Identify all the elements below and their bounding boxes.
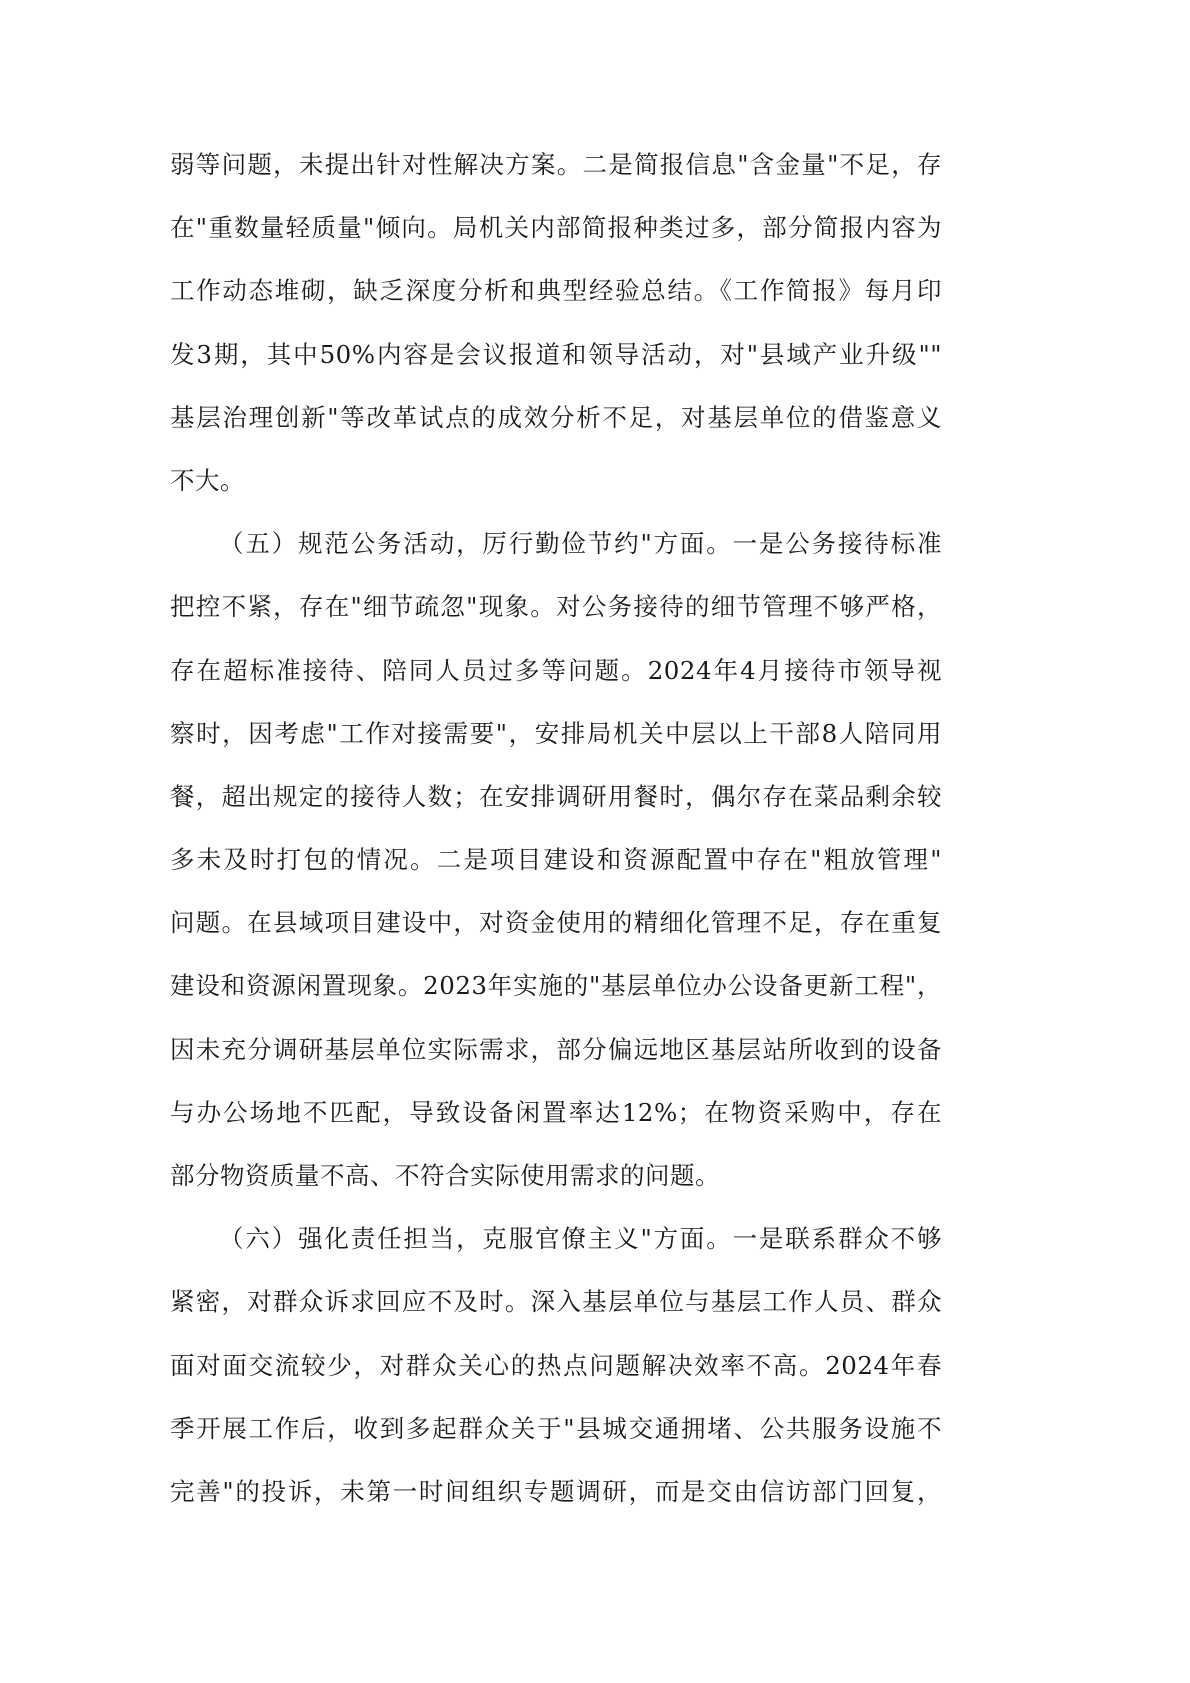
section-heading-line: （五）规范公务活动，厉行勤俭节约"方面。一是公务接待标准: [170, 512, 942, 575]
paragraph-end-line: 不大。: [170, 449, 942, 512]
paragraph-end-line: 部分物资质量不高、不符合实际使用需求的问题。: [170, 1144, 942, 1207]
text-line: 因未充分调研基层单位实际需求，部分偏远地区基层站所收到的设备: [170, 1018, 942, 1081]
text-line: 与办公场地不匹配，导致设备闲置率达12%；在物资采购中，存在: [170, 1081, 942, 1144]
text-line: 发3期，其中50%内容是会议报道和领导活动，对"县域产业升级"": [170, 323, 942, 386]
text-line: 建设和资源闲置现象。2023年实施的"基层单位办公设备更新工程"，: [170, 954, 942, 1017]
text-line: 存在超标准接待、陪同人员过多等问题。2024年4月接待市领导视: [170, 639, 942, 702]
text-line: 基层治理创新"等改革试点的成效分析不足，对基层单位的借鉴意义: [170, 386, 942, 449]
text-line: 把控不紧，存在"细节疏忽"现象。对公务接待的细节管理不够严格，: [170, 575, 942, 638]
text-line: 在"重数量轻质量"倾向。局机关内部简报种类过多，部分简报内容为: [170, 196, 942, 259]
text-line: 完善"的投诉，未第一时间组织专题调研，而是交由信访部门回复，: [170, 1460, 942, 1523]
document-page: 弱等问题，未提出针对性解决方案。二是简报信息"含金量"不足，存 在"重数量轻质量…: [170, 133, 942, 1523]
text-line: 弱等问题，未提出针对性解决方案。二是简报信息"含金量"不足，存: [170, 133, 942, 196]
text-line: 问题。在县域项目建设中，对资金使用的精细化管理不足，存在重复: [170, 891, 942, 954]
text-line: 多未及时打包的情况。二是项目建设和资源配置中存在"粗放管理": [170, 828, 942, 891]
text-line: 紧密，对群众诉求回应不及时。深入基层单位与基层工作人员、群众: [170, 1270, 942, 1333]
text-line: 季开展工作后，收到多起群众关于"县城交通拥堵、公共服务设施不: [170, 1397, 942, 1460]
text-line: 面对面交流较少，对群众关心的热点问题解决效率不高。2024年春: [170, 1334, 942, 1397]
text-line: 餐，超出规定的接待人数；在安排调研用餐时，偶尔存在菜品剩余较: [170, 765, 942, 828]
text-line: 工作动态堆砌，缺乏深度分析和典型经验总结。《工作简报》每月印: [170, 259, 942, 322]
text-line: 察时，因考虑"工作对接需要"，安排局机关中层以上干部8人陪同用: [170, 702, 942, 765]
section-heading-line: （六）强化责任担当，克服官僚主义"方面。一是联系群众不够: [170, 1207, 942, 1270]
